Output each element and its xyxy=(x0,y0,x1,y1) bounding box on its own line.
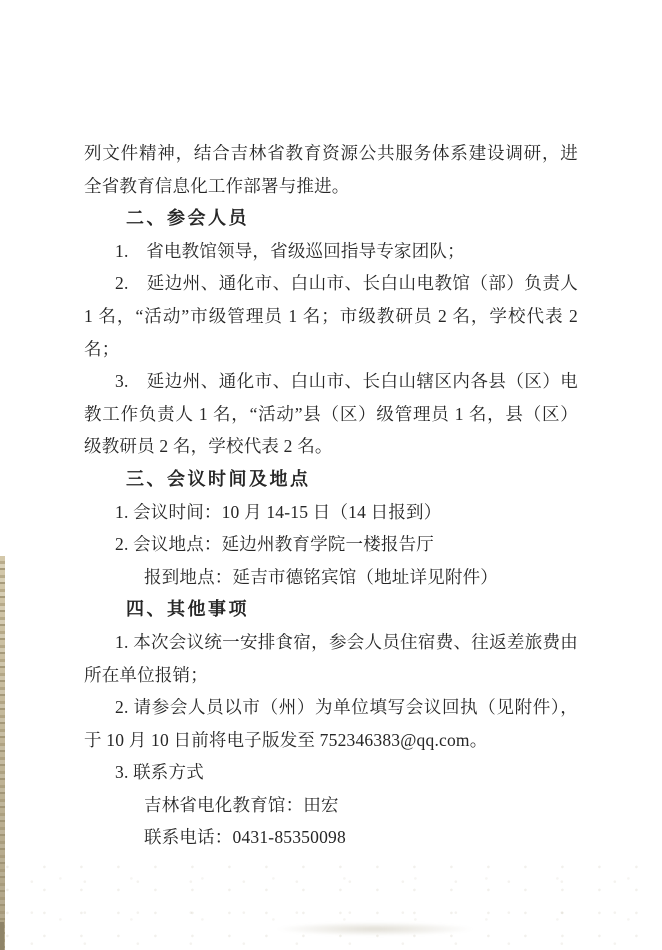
document-page: 列文件精神，结合吉林省教育资源公共服务体系建设调研，进行全省教育信息化工作部署与… xyxy=(0,0,662,950)
doc-line: 1 名，“活动”市级管理员 1 名；市级教研员 2 名，学校代表 2 xyxy=(84,300,578,333)
doc-line: 2. 会议地点：延边州教育学院一楼报告厅 xyxy=(84,528,578,561)
doc-line: 3. 延边州、通化市、白山市、长白山辖区内各县（区）电 xyxy=(84,365,578,398)
doc-line: 报到地点：延吉市德铭宾馆（地址详见附件） xyxy=(84,561,578,594)
doc-line: 1. 本次会议统一安排食宿，参会人员住宿费、往返差旅费由 xyxy=(84,626,578,659)
doc-line: 3. 联系方式 xyxy=(84,756,578,789)
doc-line: 教工作负责人 1 名，“活动”县（区）级管理员 1 名，县（区） xyxy=(84,398,578,431)
doc-line: 全省教育信息化工作部署与推进。 xyxy=(84,170,578,203)
section-heading: 四、其他事项 xyxy=(84,593,578,626)
doc-line: 列文件精神，结合吉林省教育资源公共服务体系建设调研，进行 xyxy=(84,137,578,170)
scan-corner-artifact xyxy=(0,922,4,950)
doc-line: 于 10 月 10 日前将电子版发至 752346383@qq.com。 xyxy=(84,724,578,757)
doc-line: 吉林省电化教育馆：田宏 xyxy=(84,789,578,822)
document-body: 列文件精神，结合吉林省教育资源公共服务体系建设调研，进行全省教育信息化工作部署与… xyxy=(84,137,578,854)
scan-smudge-artifact xyxy=(275,922,475,936)
doc-line: 2. 请参会人员以市（州）为单位填写会议回执（见附件）， xyxy=(84,691,578,724)
doc-line: 1. 会议时间：10 月 14-15 日（14 日报到） xyxy=(84,496,578,529)
scan-noise-artifact xyxy=(0,860,662,950)
doc-line: 名； xyxy=(84,333,578,366)
doc-line: 所在单位报销； xyxy=(84,659,578,692)
doc-line: 2. 延边州、通化市、白山市、长白山电教馆（部）负责人 xyxy=(84,267,578,300)
section-heading: 三、会议时间及地点 xyxy=(84,463,578,496)
doc-line: 联系电话：0431-85350098 xyxy=(84,821,578,854)
doc-line: 1. 省电教馆领导，省级巡回指导专家团队； xyxy=(84,235,578,268)
doc-line: 级教研员 2 名，学校代表 2 名。 xyxy=(84,430,578,463)
scan-edge-artifact xyxy=(0,556,5,950)
section-heading: 二、参会人员 xyxy=(84,202,578,235)
